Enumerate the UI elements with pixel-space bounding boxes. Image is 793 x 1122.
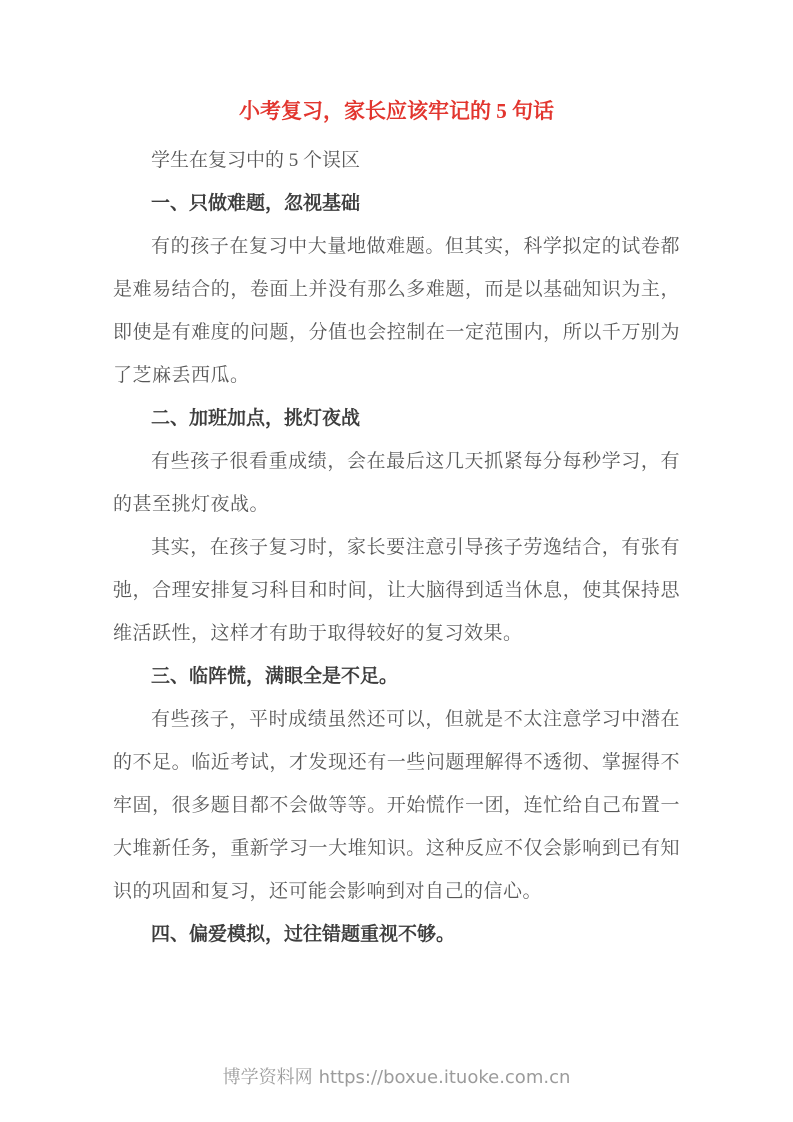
section-2-paragraph-2: 其实，在孩子复习时，家长要注意引导孩子劳逸结合，有张有弛，合理安排复习科目和时间… (113, 526, 680, 655)
section-3-paragraph-1: 有些孩子，平时成绩虽然还可以，但就是不太注意学习中潜在的不足。临近考试，才发现还… (113, 698, 680, 913)
section-4-heading: 四、偏爱模拟，过往错题重视不够。 (113, 913, 680, 956)
document-title: 小考复习，家长应该牢记的 5 句话 (113, 90, 680, 133)
page-footer: 博学资料网https://boxue.ituoke.com.cn (0, 1064, 793, 1092)
document-page: 小考复习，家长应该牢记的 5 句话 学生在复习中的 5 个误区 一、只做难题，忽… (0, 0, 793, 1122)
intro-line: 学生在复习中的 5 个误区 (113, 139, 680, 182)
footer-site-name: 博学资料网 (223, 1067, 313, 1088)
section-2-heading: 二、加班加点，挑灯夜战 (113, 397, 680, 440)
section-1-heading: 一、只做难题，忽视基础 (113, 182, 680, 225)
section-1-paragraph-1: 有的孩子在复习中大量地做难题。但其实，科学拟定的试卷都是难易结合的，卷面上并没有… (113, 225, 680, 397)
footer-url[interactable]: https://boxue.ituoke.com.cn (319, 1067, 571, 1088)
section-2-paragraph-1: 有些孩子很看重成绩，会在最后这几天抓紧每分每秒学习，有的甚至挑灯夜战。 (113, 440, 680, 526)
section-3-heading: 三、临阵慌，满眼全是不足。 (113, 655, 680, 698)
